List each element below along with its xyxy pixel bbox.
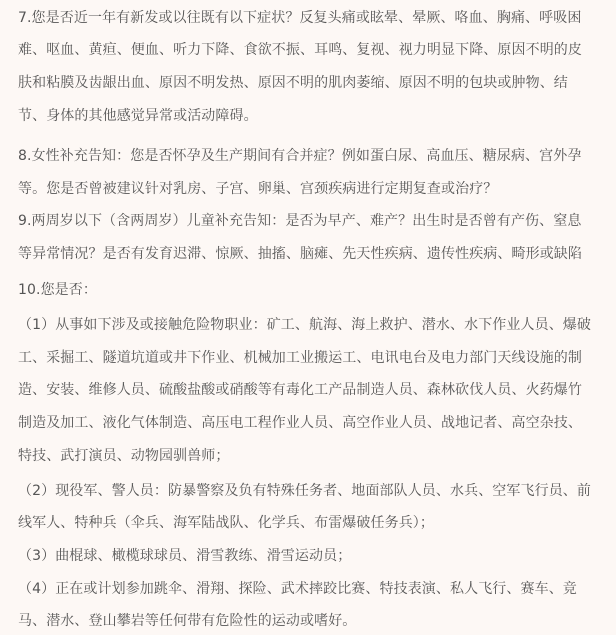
q10-heading: 10.您是否：: [18, 280, 97, 300]
health-disclosure-document: 7.您是否近一年有新发或以往既有以下症状？反复头痛或眩晕、晕厥、咯血、胸痛、呼吸…: [0, 0, 616, 635]
q7-line-4: 节、身体的其他感觉异常或活动障碍。: [18, 106, 258, 126]
q10-item1-line-2: 工、采掘工、隧道坑道或井下作业、机械加工业搬运工、电讯电台及电力部门天线设施的制: [18, 348, 582, 368]
q10-item1-line-4: 制造及加工、液化气体制造、高压电工程作业人员、高空作业人员、战地记者、高空杂技、: [18, 413, 582, 433]
q9-line-2: 等异常情况？是否有发育迟滞、惊厥、抽搐、脑瘫、先天性疾病、遗传性疾病、畸形或缺陷: [18, 244, 582, 264]
q10-item1-line-1: （1）从事如下涉及或接触危险物职业：矿工、航海、海上救护、潜水、水下作业人员、爆…: [18, 315, 591, 335]
q8-line-2: 等。您是否曾被建议针对乳房、子宫、卵巢、宫颈疾病进行定期复查或治疗？: [18, 179, 497, 199]
q7-line-2: 难、呕血、黄疸、便血、听力下降、食欲不振、耳鸣、复视、视力明显下降、原因不明的皮: [18, 40, 582, 60]
q9-line-1: 9.两周岁以下（含两周岁）儿童补充告知：是否为早产、难产？出生时是否曾有产伤、窒…: [18, 211, 581, 231]
q10-item4-line-2: 马、潜水、登山攀岩等任何带有危险性的运动或嗜好。: [18, 611, 356, 631]
q10-item4-line-1: （4）正在或计划参加跳伞、滑翔、探险、武术摔跤比赛、特技表演、私人飞行、赛车、竞: [18, 579, 577, 599]
q10-item2-line-2: 线军人、特种兵（伞兵、海军陆战队、化学兵、布雷爆破任务兵）；: [18, 513, 434, 533]
q10-item3-line-1: （3）曲棍球、橄榄球球员、滑雪教练、滑雪运动员；: [18, 546, 351, 566]
q10-item1-line-3: 造、安装、维修人员、硫酸盐酸或硝酸等有毒化工产品制造人员、森林砍伐人员、火药爆竹: [18, 380, 582, 400]
q7-line-1: 7.您是否近一年有新发或以往既有以下症状？反复头痛或眩晕、晕厥、咯血、胸痛、呼吸…: [18, 8, 581, 28]
q10-item1-line-5: 特技、武打演员、动物园驯兽师；: [18, 446, 230, 466]
q10-item2-line-1: （2）现役军、警人员：防暴警察及负有特殊任务者、地面部队人员、水兵、空军飞行员、…: [18, 481, 591, 501]
q8-line-1: 8.女性补充告知：您是否怀孕及生产期间有合并症？例如蛋白尿、高血压、糖尿病、宫外…: [18, 146, 581, 166]
q7-line-3: 肤和粘膜及齿龈出血、原因不明发热、原因不明的肌肉萎缩、原因不明的包块或肿物、结: [18, 73, 568, 93]
